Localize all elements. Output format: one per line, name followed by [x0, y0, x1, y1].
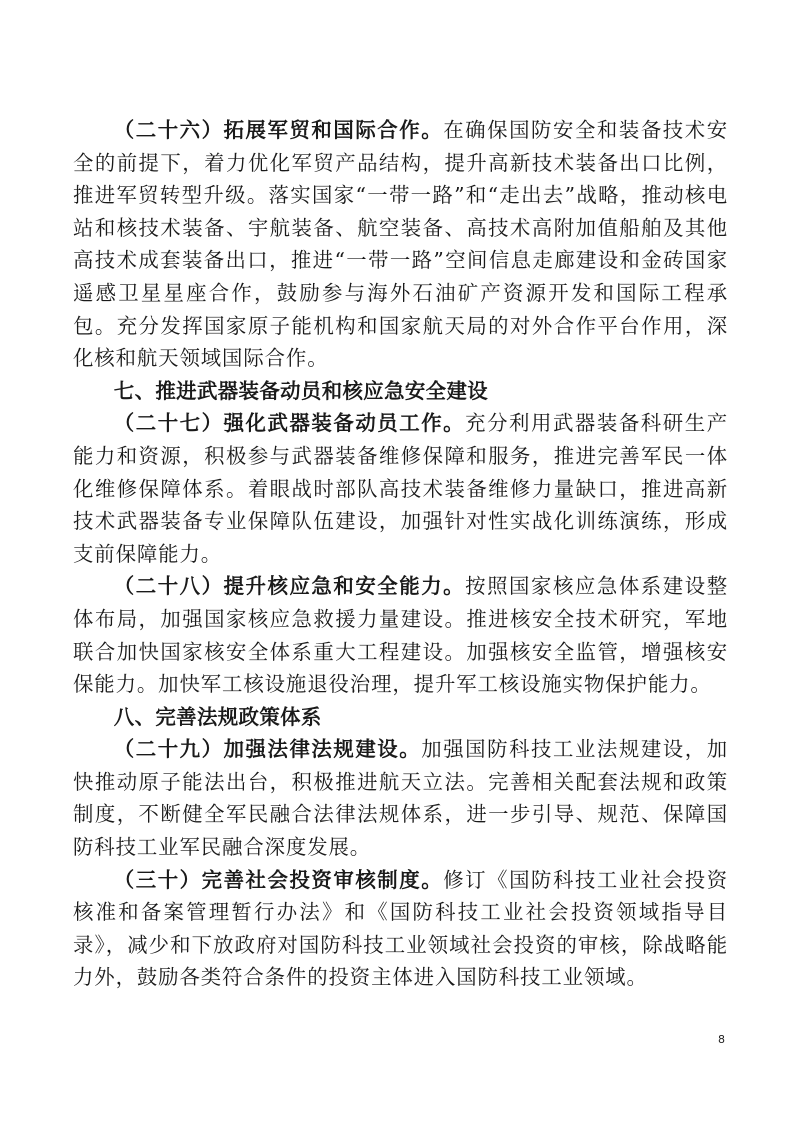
- paragraph-30: （三十）完善社会投资审核制度。修订《国防科技工业社会投资核准和备案管理暂行办法》…: [73, 864, 728, 994]
- paragraph-27: （二十七）强化武器装备动员工作。充分利用武器装备科研生产能力和资源，积极参与武器…: [73, 407, 728, 570]
- paragraph-body: 在确保国防安全和装备技术安全的前提下，着力优化军贸产品结构，提升高新技术装备出口…: [73, 118, 728, 370]
- paragraph-lead: （二十六）拓展军贸和国际合作。: [114, 118, 443, 142]
- paragraph-29: （二十九）加强法律法规建设。加强国防科技工业法规建设，加快推动原子能法出台，积极…: [73, 733, 728, 863]
- section-heading-7: 七、推进武器装备动员和核应急安全建设: [73, 375, 728, 408]
- paragraph-lead: （二十九）加强法律法规建设。: [114, 737, 421, 761]
- document-page: （二十六）拓展军贸和国际合作。在确保国防安全和装备技术安全的前提下，着力优化军贸…: [0, 0, 800, 1131]
- paragraph-28: （二十八）提升核应急和安全能力。按照国家核应急体系建设整体布局，加强国家核应急救…: [73, 570, 728, 700]
- paragraph-26: （二十六）拓展军贸和国际合作。在确保国防安全和装备技术安全的前提下，着力优化军贸…: [73, 114, 728, 375]
- section-heading-8: 八、完善法规政策体系: [73, 701, 728, 734]
- paragraph-lead: （二十八）提升核应急和安全能力。: [114, 574, 465, 598]
- document-body: （二十六）拓展军贸和国际合作。在确保国防安全和装备技术安全的前提下，着力优化军贸…: [73, 114, 728, 994]
- page-number: 8: [718, 1033, 725, 1046]
- paragraph-lead: （二十七）强化武器装备动员工作。: [114, 411, 465, 435]
- paragraph-lead: （三十）完善社会投资审核制度。: [114, 868, 443, 892]
